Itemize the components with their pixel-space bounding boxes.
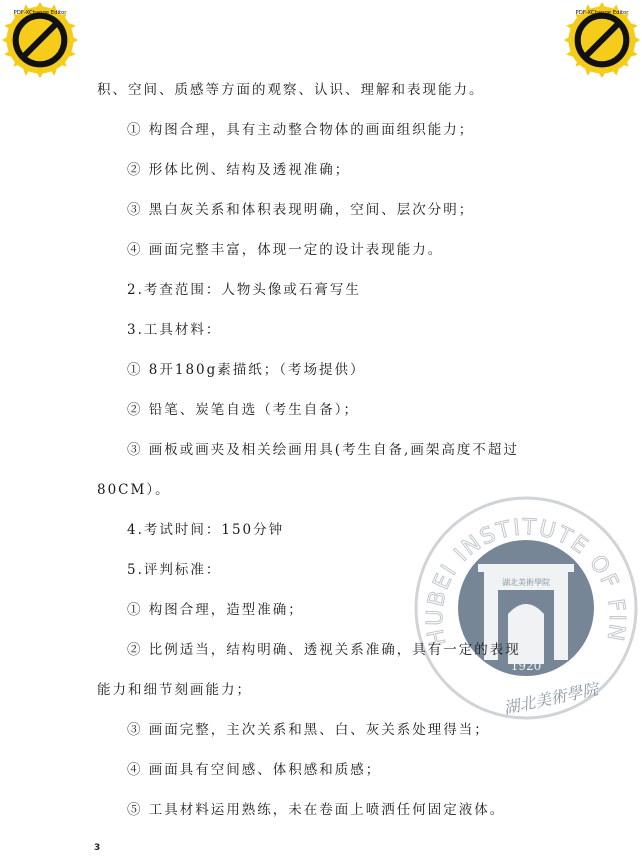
text-line: 3.工具材料： <box>127 322 221 338</box>
hubei-institute-fine-arts-seal-watermark: HUBEI INSTITUTE OF FINE ARTS 湖北美術學院 1920… <box>412 494 640 722</box>
text-line: 80CM）。 <box>97 482 171 498</box>
text-line: 2.考查范围：人物头像或石膏写生 <box>127 282 361 298</box>
text-line: ① 构图合理，造型准确； <box>127 602 304 618</box>
text-line: ③ 画面完整，主次关系和黑、白、灰关系处理得当； <box>127 722 490 738</box>
svg-text:PDF-XChange Editor: PDF-XChange Editor <box>575 10 629 16</box>
text-line: ③ 画板或画夹及相关绘画用具(考生自备,画架高度不超过 <box>127 442 519 458</box>
text-line: ⑤ 工具材料运用熟练，未在卷面上喷洒任何固定液体。 <box>127 802 505 818</box>
svg-text:1920: 1920 <box>511 659 542 673</box>
page-number: 3 <box>94 843 100 853</box>
document-page: PDF-XChange Editor PDF-XChange Editor HU… <box>0 0 642 856</box>
text-line: ② 比例适当，结构明确、透视关系准确，具有一定的表现 <box>127 642 521 658</box>
svg-text:PDF-XChange Editor: PDF-XChange Editor <box>13 10 67 16</box>
text-line: ① 8开180g素描纸；（考场提供） <box>127 362 366 378</box>
text-line: ④ 画面完整丰富，体现一定的设计表现能力。 <box>127 242 443 258</box>
text-line: ③ 黑白灰关系和体积表现明确，空间、层次分明； <box>127 202 474 218</box>
text-line: ④ 画面具有空间感、体积感和质感； <box>127 762 381 778</box>
svg-text:湖北美術學院: 湖北美術學院 <box>502 577 550 587</box>
svg-text:湖北美術學院: 湖北美術學院 <box>502 679 603 718</box>
text-line: 5.评判标准： <box>127 562 221 578</box>
text-line: ② 铅笔、炭笔自选（考生自备）； <box>127 402 359 418</box>
text-line: 能力和细节刻画能力； <box>97 682 252 698</box>
text-line: 4.考试时间：150分钟 <box>127 522 284 538</box>
text-line: ① 构图合理，具有主动整合物体的画面组织能力； <box>127 122 474 138</box>
pdf-xchange-buy-now-badge-right[interactable]: PDF-XChange Editor <box>564 2 640 78</box>
text-line: ② 形体比例、结构及透视准确； <box>127 162 350 178</box>
text-line: 积、空间、质感等方面的观察、认识、理解和表现能力。 <box>97 82 485 98</box>
pdf-xchange-buy-now-badge-left[interactable]: PDF-XChange Editor <box>2 2 78 78</box>
